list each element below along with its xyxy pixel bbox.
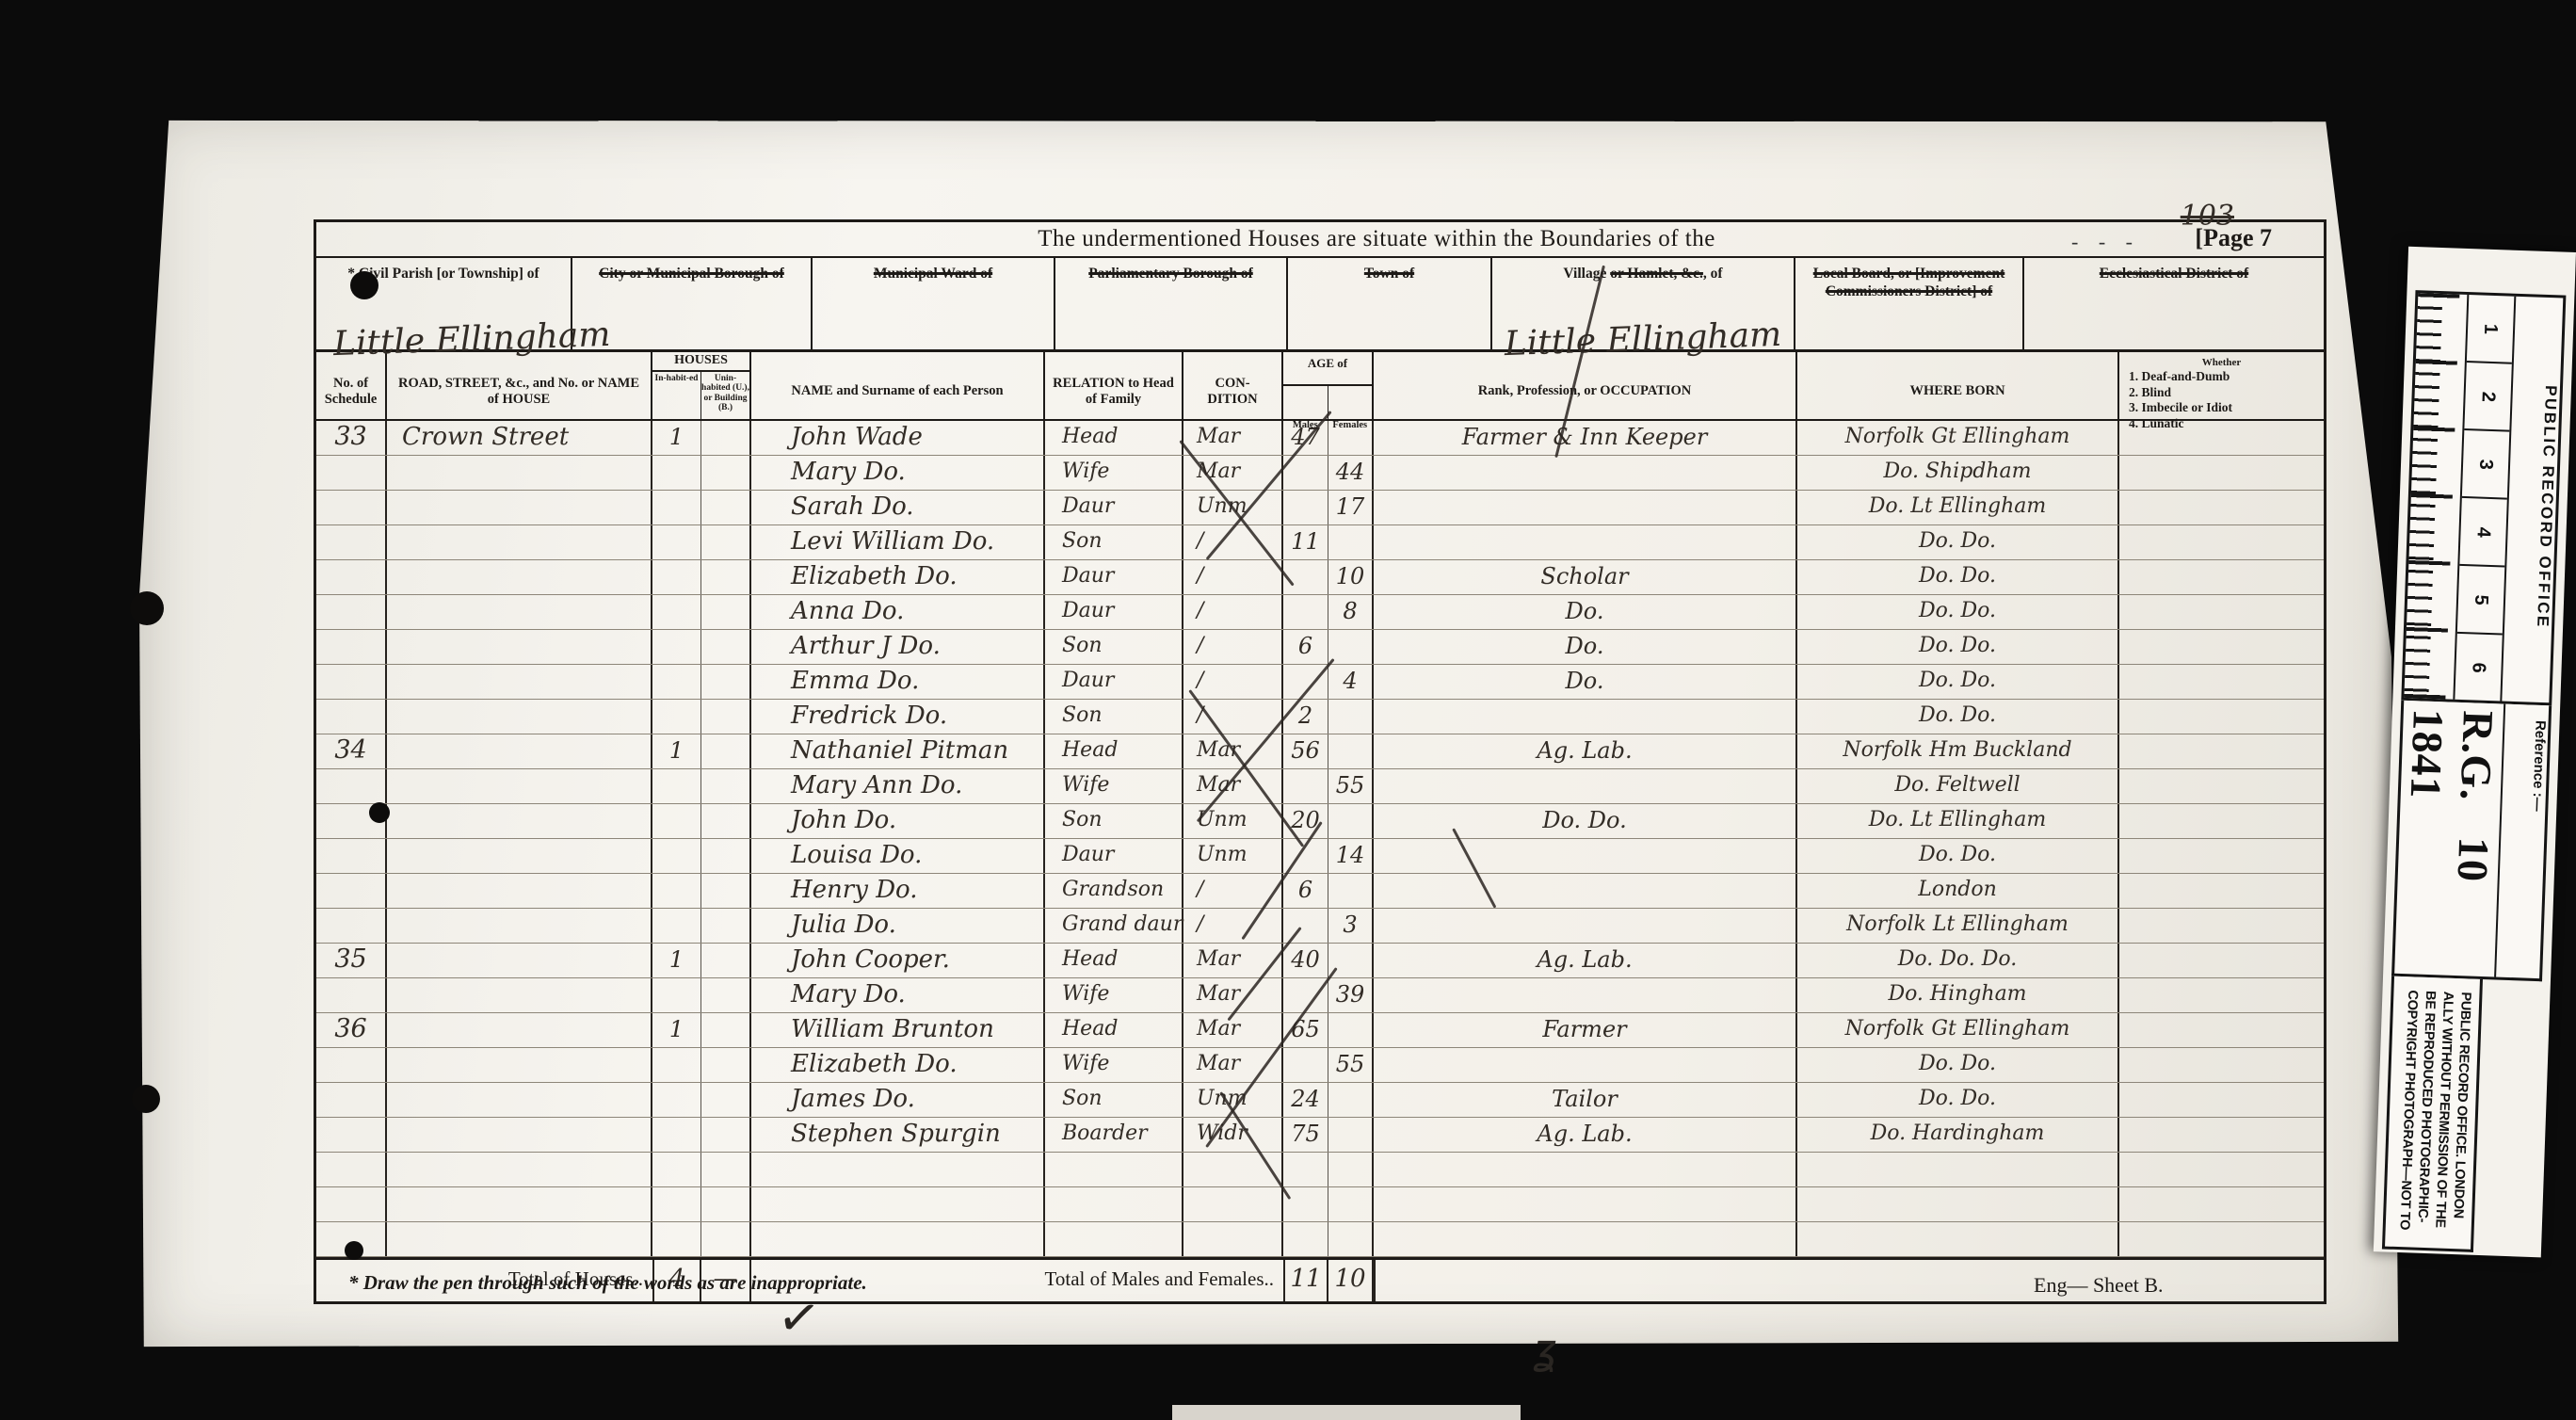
table-row: Anna Do.Daur/8Do.Do. Do.: [316, 595, 2324, 630]
cell-age_f: 3: [1328, 909, 1374, 943]
cell-uninhabited: [701, 839, 751, 873]
cell-occupation: Ag. Lab.: [1374, 1118, 1797, 1152]
cell-relation: Son: [1045, 700, 1183, 734]
cell-occupation: [1374, 1187, 1797, 1221]
cell-uninhabited: [701, 665, 751, 699]
ruler-number: 1: [2467, 295, 2514, 364]
cell-name: John Cooper.: [751, 944, 1045, 977]
cell-name: James Do.: [751, 1083, 1045, 1117]
total-males: 11: [1283, 1260, 1328, 1301]
cell-condition: Widr: [1183, 1118, 1283, 1152]
cell-relation: Son: [1045, 525, 1183, 559]
cell-inhabited: [652, 1187, 701, 1221]
cell-road: [387, 560, 652, 594]
cell-inhabited: [652, 560, 701, 594]
cell-occupation: Do. Do.: [1374, 804, 1797, 838]
cell-inhabited: 1: [652, 421, 701, 455]
cell-born: Do. Feltwell: [1797, 769, 2119, 803]
cell-age_f: [1328, 1083, 1374, 1117]
cell-infirmity: [2119, 1153, 2324, 1186]
cell-relation: Son: [1045, 630, 1183, 664]
cell-uninhabited: [701, 1118, 751, 1152]
cell-age_m: [1283, 1048, 1328, 1082]
cell-road: [387, 769, 652, 803]
cell-inhabited: [652, 769, 701, 803]
reference-caption: Reference :—: [2494, 704, 2549, 978]
cell-age_m: [1283, 595, 1328, 629]
cell-occupation: [1374, 769, 1797, 803]
cell-age_m: 24: [1283, 1083, 1328, 1117]
cell-infirmity: [2119, 630, 2324, 664]
cell-inhabited: [652, 700, 701, 734]
cell-infirmity: [2119, 1013, 2324, 1047]
cell-infirmity: [2119, 978, 2324, 1012]
cell-condition: /: [1183, 665, 1283, 699]
cell-infirmity: [2119, 595, 2324, 629]
cell-schedule: 34: [316, 734, 387, 768]
cell-name: Emma Do.: [751, 665, 1045, 699]
cell-relation: Son: [1045, 804, 1183, 838]
cell-road: [387, 1187, 652, 1221]
cell-inhabited: [652, 874, 701, 908]
cell-name: Elizabeth Do.: [751, 560, 1045, 594]
cell-age_f: [1328, 421, 1374, 455]
cell-schedule: [316, 1153, 387, 1186]
cell-road: [387, 909, 652, 943]
cell-uninhabited: [701, 1222, 751, 1256]
cell-infirmity: [2119, 1187, 2324, 1221]
cell-inhabited: [652, 978, 701, 1012]
column-header-row: No. of Schedule ROAD, STREET, &c., and N…: [316, 352, 2324, 421]
cell-inhabited: [652, 1153, 701, 1186]
cell-age_f: [1328, 944, 1374, 977]
cell-age_f: 14: [1328, 839, 1374, 873]
cell-schedule: [316, 491, 387, 524]
cell-uninhabited: [701, 804, 751, 838]
cell-name: John Wade: [751, 421, 1045, 455]
cell-occupation: [1374, 1153, 1797, 1186]
cell-born: [1797, 1153, 2119, 1186]
cell-born: Do. Do.: [1797, 700, 2119, 734]
cell-schedule: [316, 1048, 387, 1082]
cell-inhabited: [652, 1118, 701, 1152]
cell-schedule: [316, 839, 387, 873]
cell-schedule: 33: [316, 421, 387, 455]
cell-condition: /: [1183, 630, 1283, 664]
cell-road: [387, 874, 652, 908]
cell-uninhabited: [701, 1013, 751, 1047]
cell-born: Do. Do.: [1797, 1083, 2119, 1117]
cell-born: Do. Hingham: [1797, 978, 2119, 1012]
cell-name: [751, 1153, 1045, 1186]
cell-age_f: 17: [1328, 491, 1374, 524]
cell-uninhabited: [701, 978, 751, 1012]
cell-condition: Mar: [1183, 944, 1283, 977]
table-row: Emma Do.Daur/4Do.Do. Do.: [316, 665, 2324, 700]
cell-age_m: [1283, 1222, 1328, 1256]
cell-age_f: 55: [1328, 1048, 1374, 1082]
cell-uninhabited: [701, 944, 751, 977]
cell-born: Do. Do.: [1797, 630, 2119, 664]
cell-infirmity: [2119, 491, 2324, 524]
cell-age_m: 2: [1283, 700, 1328, 734]
cell-born: Do. Do.: [1797, 839, 2119, 873]
cell-born: London: [1797, 874, 2119, 908]
cell-born: Norfolk Lt Ellingham: [1797, 909, 2119, 943]
cell-road: [387, 978, 652, 1012]
cell-condition: Mar: [1183, 1013, 1283, 1047]
cell-condition: [1183, 1222, 1283, 1256]
table-row: Elizabeth Do.WifeMar55Do. Do.: [316, 1048, 2324, 1083]
cell-infirmity: [2119, 734, 2324, 768]
cell-condition: /: [1183, 595, 1283, 629]
ruler-number: 3: [2462, 430, 2509, 500]
cell-relation: Grandson: [1045, 874, 1183, 908]
cell-road: [387, 839, 652, 873]
boundary-cell-4: Town of: [1288, 258, 1492, 349]
cell-occupation: [1374, 700, 1797, 734]
table-row: 341Nathaniel PitmanHeadMar56Ag. Lab.Norf…: [316, 734, 2324, 769]
cell-age_m: 6: [1283, 874, 1328, 908]
cell-schedule: [316, 700, 387, 734]
cell-name: Fredrick Do.: [751, 700, 1045, 734]
boundary-label: Local Board, or [Improvement Commissione…: [1795, 265, 2022, 301]
copyright-notice: COPYRIGHT PHOTOGRAPH—NOT TOBE REPRODUCED…: [2382, 976, 2483, 1252]
cell-born: Do. Do.: [1797, 525, 2119, 559]
cell-inhabited: [652, 456, 701, 490]
cell-condition: Mar: [1183, 1048, 1283, 1082]
cell-name: Sarah Do.: [751, 491, 1045, 524]
cell-uninhabited: [701, 595, 751, 629]
table-row: [316, 1222, 2324, 1257]
cell-inhabited: [652, 839, 701, 873]
cell-infirmity: [2119, 525, 2324, 559]
cell-inhabited: [652, 1222, 701, 1256]
cell-schedule: [316, 525, 387, 559]
cell-infirmity: [2119, 700, 2324, 734]
cell-age_m: 20: [1283, 804, 1328, 838]
cell-occupation: Do.: [1374, 665, 1797, 699]
cell-age_m: 40: [1283, 944, 1328, 977]
cell-schedule: [316, 1187, 387, 1221]
col-header-infirmity: Whether 1. Deaf-and-Dumb2. Blind3. Imbec…: [2119, 352, 2324, 431]
cell-condition: [1183, 1187, 1283, 1221]
table-row: Stephen SpurginBoarderWidr75Ag. Lab.Do. …: [316, 1118, 2324, 1153]
cell-inhabited: [652, 1083, 701, 1117]
cell-occupation: [1374, 1222, 1797, 1256]
cell-occupation: Scholar: [1374, 560, 1797, 594]
cell-born: Do. Do.: [1797, 560, 2119, 594]
cell-born: Do. Lt Ellingham: [1797, 491, 2119, 524]
cell-age_f: 8: [1328, 595, 1374, 629]
totals-empty-cell: [1374, 1260, 2324, 1301]
cell-age_f: 10: [1328, 560, 1374, 594]
cell-road: [387, 804, 652, 838]
cell-schedule: [316, 874, 387, 908]
ink-blot: [345, 1241, 363, 1260]
cell-uninhabited: [701, 1187, 751, 1221]
col-header-age: AGE of Males Females: [1283, 352, 1374, 431]
cell-road: [387, 700, 652, 734]
cell-relation: Grand daur: [1045, 909, 1183, 943]
cell-name: Stephen Spurgin: [751, 1118, 1045, 1152]
cell-schedule: [316, 769, 387, 803]
cell-road: [387, 1153, 652, 1186]
cell-age_f: [1328, 874, 1374, 908]
cell-condition: Unm: [1183, 839, 1283, 873]
cell-infirmity: [2119, 804, 2324, 838]
cell-age_f: 55: [1328, 769, 1374, 803]
cell-born: Do. Lt Ellingham: [1797, 804, 2119, 838]
boundary-header-row: * Civil Parish [or Township] ofLittle El…: [316, 258, 2324, 352]
cell-infirmity: [2119, 839, 2324, 873]
cell-infirmity: [2119, 909, 2324, 943]
cell-relation: Daur: [1045, 839, 1183, 873]
table-row: Julia Do.Grand daur/3Norfolk Lt Ellingha…: [316, 909, 2324, 944]
cell-occupation: Tailor: [1374, 1083, 1797, 1117]
boundary-label: Municipal Ward of: [813, 265, 1054, 282]
ruler-number: 5: [2457, 566, 2504, 636]
cell-occupation: Ag. Lab.: [1374, 944, 1797, 977]
cell-condition: /: [1183, 560, 1283, 594]
cell-occupation: [1374, 456, 1797, 490]
cell-condition: Mar: [1183, 978, 1283, 1012]
cell-name: Mary Ann Do.: [751, 769, 1045, 803]
cell-age_m: 6: [1283, 630, 1328, 664]
cell-occupation: Farmer: [1374, 1013, 1797, 1047]
col-header-condition: CON-DITION: [1183, 352, 1283, 431]
cell-age_m: 56: [1283, 734, 1328, 768]
cell-born: Norfolk Gt Ellingham: [1797, 1013, 2119, 1047]
infirmity-item: 1. Deaf-and-Dumb: [2129, 369, 2324, 384]
cell-relation: Wife: [1045, 978, 1183, 1012]
cell-age_f: 39: [1328, 978, 1374, 1012]
cell-infirmity: [2119, 874, 2324, 908]
cell-age_f: [1328, 1222, 1374, 1256]
total-females: 10: [1328, 1260, 1374, 1301]
col-header-houses: HOUSES In-habit-ed Unin-habited (U.), or…: [652, 352, 751, 431]
cell-road: [387, 595, 652, 629]
boundary-label: Parliamentary Borough of: [1055, 265, 1286, 282]
cell-age_m: [1283, 1153, 1328, 1186]
col-header-occupation: Rank, Profession, or OCCUPATION: [1374, 352, 1797, 431]
boundary-cell-0: * Civil Parish [or Township] ofLittle El…: [316, 258, 572, 349]
cell-relation: [1045, 1222, 1183, 1256]
cell-uninhabited: [701, 1083, 751, 1117]
col-header-schedule: No. of Schedule: [316, 352, 387, 431]
cell-inhabited: 1: [652, 1013, 701, 1047]
cell-age_f: [1328, 700, 1374, 734]
cell-infirmity: [2119, 1222, 2324, 1256]
pen-checkmark: ✓: [774, 1285, 825, 1350]
cell-uninhabited: [701, 734, 751, 768]
cell-age_f: [1328, 525, 1374, 559]
pen-squiggle: ʓ: [1533, 1326, 1556, 1374]
cell-relation: Daur: [1045, 595, 1183, 629]
cell-occupation: [1374, 491, 1797, 524]
col-header-where-born: WHERE BORN: [1797, 352, 2119, 431]
cell-relation: Head: [1045, 1013, 1183, 1047]
table-row: Henry Do.Grandson/6London: [316, 874, 2324, 909]
boundary-label: City or Municipal Borough of: [572, 265, 811, 282]
census-form: The undermentioned Houses are situate wi…: [314, 219, 2326, 1304]
cell-name: [751, 1222, 1045, 1256]
boundary-label: Village or Hamlet, &c., of: [1492, 265, 1794, 282]
cell-born: Do. Do. Do.: [1797, 944, 2119, 977]
cell-name: William Brunton: [751, 1013, 1045, 1047]
cell-uninhabited: [701, 700, 751, 734]
cell-road: [387, 944, 652, 977]
cell-age_f: [1328, 630, 1374, 664]
cell-infirmity: [2119, 944, 2324, 977]
boundary-cell-6: Local Board, or [Improvement Commissione…: [1795, 258, 2024, 349]
table-row: 361William BruntonHeadMar65FarmerNorfolk…: [316, 1013, 2324, 1048]
cell-inhabited: [652, 525, 701, 559]
cell-road: [387, 1013, 652, 1047]
cell-uninhabited: [701, 769, 751, 803]
table-row: Mary Do.WifeMar39Do. Hingham: [316, 978, 2324, 1013]
cell-road: [387, 665, 652, 699]
cell-age_f: 44: [1328, 456, 1374, 490]
cell-uninhabited: [701, 456, 751, 490]
cell-infirmity: [2119, 421, 2324, 455]
table-row: Arthur J Do.Son/6Do.Do. Do.: [316, 630, 2324, 665]
cell-name: Louisa Do.: [751, 839, 1045, 873]
cell-relation: Daur: [1045, 491, 1183, 524]
cell-uninhabited: [701, 560, 751, 594]
cell-age_f: [1328, 734, 1374, 768]
cell-uninhabited: [701, 630, 751, 664]
cell-schedule: [316, 560, 387, 594]
cell-age_f: [1328, 1153, 1374, 1186]
boundary-cell-3: Parliamentary Borough of: [1055, 258, 1288, 349]
cell-road: [387, 525, 652, 559]
cell-name: Elizabeth Do.: [751, 1048, 1045, 1082]
cell-occupation: Do.: [1374, 595, 1797, 629]
table-row: Louisa Do.DaurUnm14Do. Do.: [316, 839, 2324, 874]
reference-number: R.G. 10 1841: [2394, 701, 2504, 977]
cell-occupation: [1374, 874, 1797, 908]
boundary-label: Ecclesiastical District of: [2024, 265, 2324, 282]
page-marker: [Page 7: [2195, 224, 2272, 252]
boundary-cell-7: Ecclesiastical District of: [2024, 258, 2324, 349]
cell-inhabited: [652, 804, 701, 838]
cell-relation: Head: [1045, 944, 1183, 977]
cell-infirmity: [2119, 1118, 2324, 1152]
cell-road: [387, 491, 652, 524]
cell-age_f: [1328, 1118, 1374, 1152]
cell-born: [1797, 1222, 2119, 1256]
cell-schedule: 35: [316, 944, 387, 977]
ink-blot: [130, 591, 164, 625]
cell-occupation: Do.: [1374, 630, 1797, 664]
cell-condition: Mar: [1183, 421, 1283, 455]
table-row: Sarah Do.DaurUnm17Do. Lt Ellingham: [316, 491, 2324, 525]
boundary-cell-5: Village or Hamlet, &c., ofLittle Ellingh…: [1492, 258, 1795, 349]
cell-age_f: [1328, 1013, 1374, 1047]
cell-infirmity: [2119, 456, 2324, 490]
col-header-name: NAME and Surname of each Person: [751, 352, 1045, 431]
cell-uninhabited: [701, 1048, 751, 1082]
table-row: Elizabeth Do.Daur/10ScholarDo. Do.: [316, 560, 2324, 595]
cell-age_m: [1283, 769, 1328, 803]
cell-road: [387, 1083, 652, 1117]
cell-relation: Wife: [1045, 1048, 1183, 1082]
cell-born: Do. Shipdham: [1797, 456, 2119, 490]
cell-uninhabited: [701, 525, 751, 559]
cell-uninhabited: [701, 491, 751, 524]
ruler: 123456 PUBLIC RECORD OFFICE: [2401, 290, 2566, 705]
cell-occupation: [1374, 909, 1797, 943]
cell-relation: Head: [1045, 734, 1183, 768]
cell-name: [751, 1187, 1045, 1221]
cell-road: [387, 1118, 652, 1152]
pro-reference-label: 123456 PUBLIC RECORD OFFICE R.G. 10 1841…: [2374, 247, 2576, 1258]
cell-age_f: 4: [1328, 665, 1374, 699]
cell-age_m: [1283, 1187, 1328, 1221]
cell-schedule: 36: [316, 1013, 387, 1047]
cell-inhabited: [652, 595, 701, 629]
cell-inhabited: 1: [652, 944, 701, 977]
ruler-number: 2: [2464, 363, 2511, 432]
boundary-cell-2: Municipal Ward of: [813, 258, 1055, 349]
ink-blot: [369, 802, 390, 823]
reference-box: R.G. 10 1841 Reference :—: [2391, 701, 2552, 981]
cell-name: Mary Do.: [751, 456, 1045, 490]
cell-age_f: [1328, 1187, 1374, 1221]
cell-name: Julia Do.: [751, 909, 1045, 943]
cell-born: Do. Do.: [1797, 1048, 2119, 1082]
cell-uninhabited: [701, 1153, 751, 1186]
table-body: 33Crown Street1John WadeHeadMar47Farmer …: [316, 421, 2324, 1257]
cell-occupation: [1374, 978, 1797, 1012]
next-page-edge: [1172, 1405, 1521, 1420]
sheet-label: Eng— Sheet B.: [2034, 1273, 2164, 1298]
ruler-number: 6: [2455, 634, 2502, 702]
infirmity-item: 2. Blind: [2129, 385, 2324, 400]
cell-relation: Daur: [1045, 665, 1183, 699]
cell-inhabited: [652, 909, 701, 943]
cell-born: Do. Do.: [1797, 665, 2119, 699]
cell-age_m: [1283, 491, 1328, 524]
cell-uninhabited: [701, 874, 751, 908]
cell-schedule: [316, 1118, 387, 1152]
cell-schedule: [316, 909, 387, 943]
cell-infirmity: [2119, 1083, 2324, 1117]
infirmity-item: 3. Imbecile or Idiot: [2129, 400, 2324, 415]
cell-relation: Wife: [1045, 456, 1183, 490]
cell-name: Arthur J Do.: [751, 630, 1045, 664]
cell-road: [387, 456, 652, 490]
cell-born: [1797, 1187, 2119, 1221]
table-row: Mary Do.WifeMar44Do. Shipdham: [316, 456, 2324, 491]
cell-name: Anna Do.: [751, 595, 1045, 629]
cell-name: Mary Do.: [751, 978, 1045, 1012]
cell-relation: [1045, 1153, 1183, 1186]
cell-uninhabited: [701, 421, 751, 455]
cell-relation: Boarder: [1045, 1118, 1183, 1152]
table-row: 351John Cooper.HeadMar40Ag. Lab.Do. Do. …: [316, 944, 2324, 978]
ink-blot: [350, 271, 378, 299]
cell-occupation: Ag. Lab.: [1374, 734, 1797, 768]
cell-occupation: [1374, 839, 1797, 873]
cell-born: Norfolk Gt Ellingham: [1797, 421, 2119, 455]
cell-name: Nathaniel Pitman: [751, 734, 1045, 768]
table-row: [316, 1153, 2324, 1187]
cell-age_f: [1328, 804, 1374, 838]
cell-relation: Daur: [1045, 560, 1183, 594]
cell-condition: /: [1183, 909, 1283, 943]
